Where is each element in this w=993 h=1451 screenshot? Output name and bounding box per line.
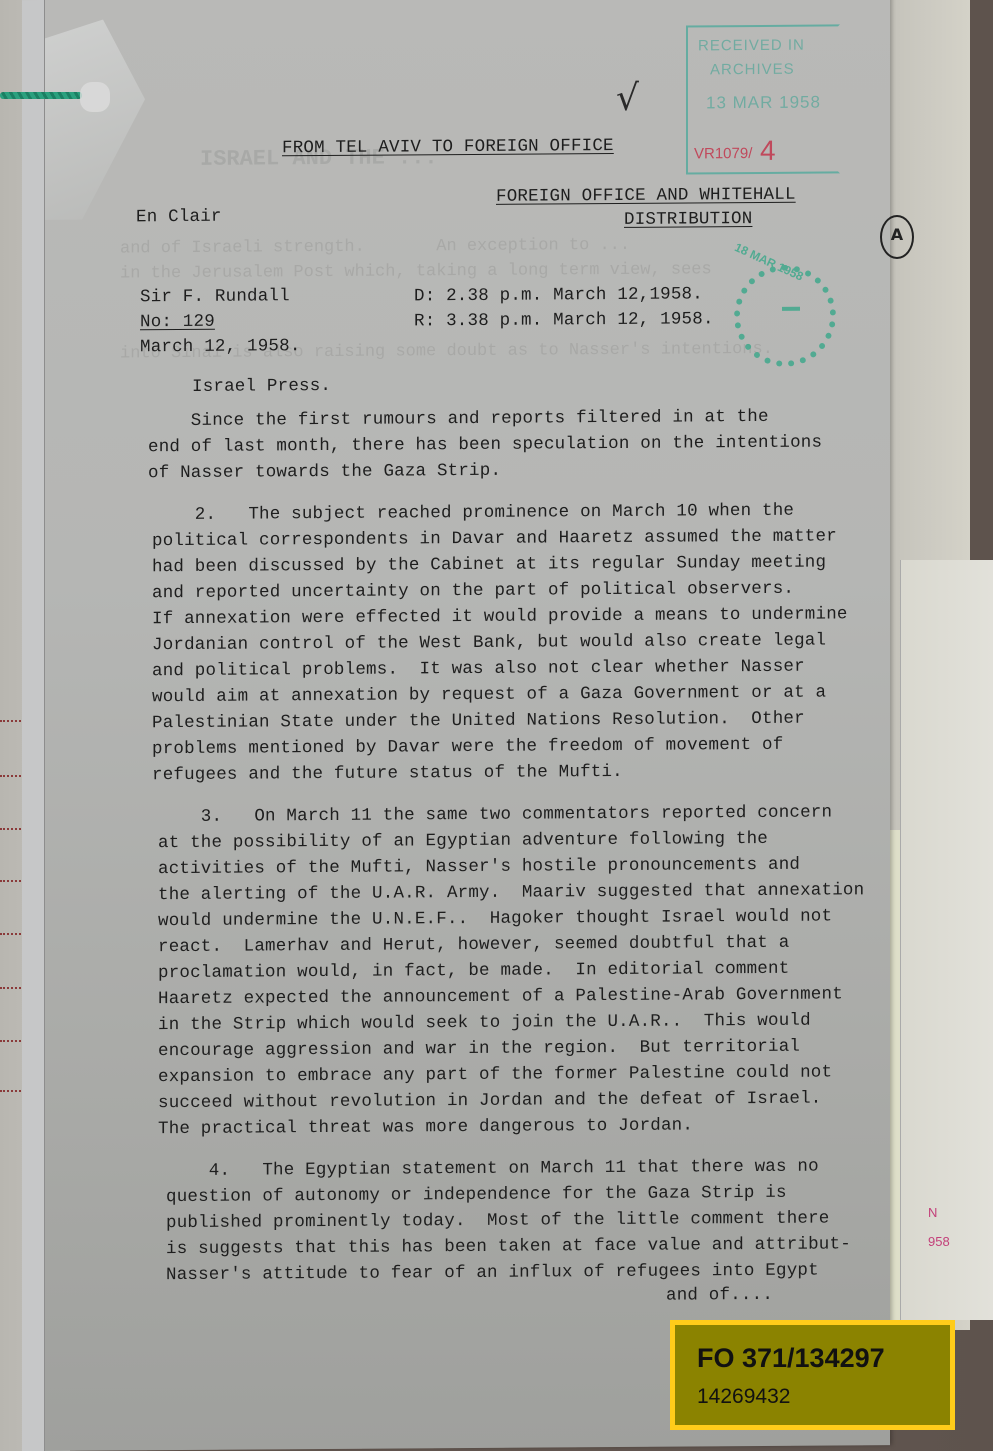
body-line: political correspondents in Davar and Ha… xyxy=(152,526,837,551)
folded-corner xyxy=(40,19,145,220)
file-reference-number: 4 xyxy=(760,135,776,167)
archive-reference: FO 371/134297 xyxy=(697,1343,885,1374)
body-line: of Nasser towards the Gaza Strip. xyxy=(148,461,501,483)
body-line: would undermine the U.N.E.F.. Hagoker th… xyxy=(158,906,832,931)
body-line: If annexation were effected it would pro… xyxy=(152,604,848,629)
body-line: Since the first rumours and reports filt… xyxy=(148,407,769,431)
body-line: Haaretz expected the announcement of a P… xyxy=(158,984,843,1009)
body-line: in the Strip which would seek to join th… xyxy=(158,1011,811,1036)
treasury-tag-knot xyxy=(80,82,110,112)
body-line: refugees and the future status of the Mu… xyxy=(152,762,623,785)
margin-fragment: N 958 xyxy=(928,1205,950,1249)
check-mark-icon: √ xyxy=(616,78,639,119)
body-line: question of autonomy or independence for… xyxy=(166,1183,787,1207)
body-line: had been discussed by the Cabinet at its… xyxy=(152,553,826,578)
body-line: 3. On March 11 the same two commentators… xyxy=(158,802,832,827)
classification: En Clair xyxy=(136,207,222,228)
body-line: The practical threat was more dangerous … xyxy=(158,1115,693,1139)
body-line: published prominently today. Most of the… xyxy=(166,1208,830,1233)
subject: Israel Press. xyxy=(192,376,331,397)
body-line: Palestinian State under the United Natio… xyxy=(152,709,805,734)
body-line: at the possibility of an Egyptian advent… xyxy=(158,829,768,853)
stamp-line: RECEIVED IN xyxy=(698,37,805,55)
sender: Sir F. Rundall xyxy=(140,286,290,307)
body-line: 4. The Egyptian statement on March 11 th… xyxy=(166,1157,819,1182)
stamp-date: 13 MAR 1958 xyxy=(706,93,821,114)
bleed-through-text: in the Jerusalem Post which, taking a lo… xyxy=(120,260,712,283)
body-line: end of last month, there has been specul… xyxy=(148,433,822,458)
file-reference: VR1079/ xyxy=(694,145,752,162)
archive-reference-label: FO 371/134297 14269432 xyxy=(670,1320,955,1430)
bleed-through-text: and of Israeli strength. An exception to… xyxy=(120,236,630,259)
registry-date: 18 MAR 1958 xyxy=(733,240,806,284)
body-line: Nasser's attitude to fear of an influx o… xyxy=(166,1261,819,1286)
document-title: FROM TEL AVIV TO FOREIGN OFFICE xyxy=(282,136,614,158)
margin-fragment-2: 958 xyxy=(928,1234,950,1249)
distribution-line-2: DISTRIBUTION xyxy=(624,209,752,230)
body-line: and reported uncertainty on the part of … xyxy=(152,579,794,603)
body-line: react. Lamerhav and Herut, however, seem… xyxy=(158,933,789,957)
clock-hand-icon xyxy=(782,307,800,311)
stamp-line: ARCHIVES xyxy=(710,61,795,79)
body-line: 2. The subject reached prominence on Mar… xyxy=(152,501,794,525)
registry-date-stamp: 18 MAR 1958 xyxy=(734,264,836,367)
body-line: proclamation would, in fact, be made. In… xyxy=(158,959,789,983)
body-line: Jordanian control of the West Bank, but … xyxy=(152,631,826,656)
treasury-tag-string xyxy=(0,92,82,99)
page-edge xyxy=(22,0,45,1451)
received-time: R: 3.38 p.m. March 12, 1958. xyxy=(414,309,714,331)
margin-fragment-1: N xyxy=(928,1205,950,1220)
distribution-line-1: FOREIGN OFFICE AND WHITEHALL xyxy=(496,185,796,207)
body-line: is suggests that this has been taken at … xyxy=(166,1234,851,1259)
body-line: succeed without revolution in Jordan and… xyxy=(158,1089,822,1114)
body-line: encourage aggression and war in the regi… xyxy=(158,1037,800,1061)
annotation-a: A xyxy=(880,215,914,259)
body-line: would aim at annexation by request of a … xyxy=(152,683,826,708)
telegram-page: ISRAEL AND THE ... and of Israeli streng… xyxy=(40,0,890,1451)
continuation-text: and of.... xyxy=(666,1285,773,1306)
archives-received-stamp: RECEIVED IN ARCHIVES 13 MAR 1958 VR1079/… xyxy=(686,24,840,174)
body-line: activities of the Mufti, Nasser's hostil… xyxy=(158,855,800,879)
document-photo: ISRAEL AND THE ... and of Israeli streng… xyxy=(0,0,993,1451)
telegram-date: March 12, 1958. xyxy=(140,336,301,357)
despatched-time: D: 2.38 p.m. March 12,1958. xyxy=(414,284,703,306)
telegram-number: No: 129 xyxy=(140,312,215,333)
body-line: problems mentioned by Davar were the fre… xyxy=(152,735,783,759)
archive-image-id: 14269432 xyxy=(697,1385,790,1409)
body-line: the alerting of the U.A.R. Army. Maariv … xyxy=(158,880,864,905)
body-line: expansion to embrace any part of the for… xyxy=(158,1062,832,1087)
body-line: and political problems. It was also not … xyxy=(152,657,805,682)
